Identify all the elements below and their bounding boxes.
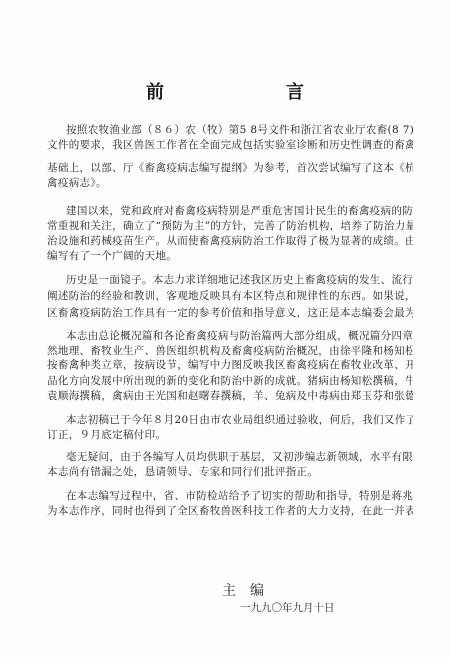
paragraph-5-line-2: 订正，９月底定稿付印。 xyxy=(47,429,413,442)
paragraph-4-line-2: 然地理、畜牧业生产、兽医组织机构及畜禽疫病防治概况，由徐平隆和杨知松撰稿。畜禽疫… xyxy=(47,345,413,358)
paragraph-7-line-1: 在本志编写过程中，省、市防检站给予了切实的帮助和指导，特别是蒋兆光先生热情地 xyxy=(66,490,413,503)
paragraph-2-line-2: 常重视和关注，确立了“预防为主”的方针，完善了防治机构，培养了防治力量，发展了防 xyxy=(47,220,413,233)
signature-date: 一九九〇年九月十日 xyxy=(240,600,335,615)
paragraph-5-line-1: 本志初稿已于今年８月20日由市农业局组织通过验收，何后，我们又作了进一步修改与 xyxy=(66,414,413,427)
paragraph-6-line-1: 毫无疑问，由于各编写人员均供职于基层，又初涉编志新领域，水平有限，经验不足。 xyxy=(66,451,413,464)
paragraph-3-line-2: 阐述防治的经验和教训，客观地反映具有本区特点和规律性的东西。如果说，本志对今后我 xyxy=(47,290,413,303)
signature-editor-in-chief: 主编 xyxy=(222,580,278,600)
paragraph-4-line-3: 按畜禽种类立章，按病设节，编写中力图反映我区畜禽疫病在畜牧业改革、开放，向集约化… xyxy=(47,359,413,372)
scanned-document-page: 前 言 按照农牧渔业部（８６）农（牧）第5 8号文件和浙江省农业厅农畜(8 7)… xyxy=(0,0,450,657)
paragraph-4-line-5: 袁顺海撰稿，禽病由王光国和赵曙春撰稿，羊、兔病及中毒病由郑玉芬和张德泉撰稿。 xyxy=(47,390,413,403)
paragraph-6-line-2: 本志尚有错漏之处，恳请领导、专家和同行们批评指正。 xyxy=(47,466,413,479)
paragraph-2-line-1: 建国以来，党和政府对畜禽疫病特别是严重危害国计民生的畜禽疫病的防治工作一直非 xyxy=(66,205,413,218)
paragraph-4-line-4: 品化方向发展中所出现的新的变化和防治中新的成就。猪病由杨知松撰稿，牛病由汪森富和 xyxy=(47,375,413,388)
paragraph-1-line-4: 禽疫病志》。 xyxy=(47,177,413,190)
page-title: 前 言 xyxy=(0,78,450,104)
paragraph-2-line-4: 编写有了一个广阔的天地。 xyxy=(47,250,413,263)
paragraph-2-line-3: 治设施和药械疫苗生产。从而使畜禽疫病防治工作取得了极为显著的成绩。由此也使本志的 xyxy=(47,235,413,248)
paragraph-1-line-3: 基础上，以部、厅《畜禽疫病志编写提纲》为参考，首次尝试编写了这本《杭州市西湖区畜 xyxy=(47,162,413,175)
paragraph-3-line-3: 区畜禽疫病防治工作具有一定的参考价值和指导意义，这正是本志编委会最为欣慰的心愿了… xyxy=(47,307,413,320)
paragraph-3-line-1: 历史是一面镜子。本志力求详细地记述我区历史上畜禽疫病的发生、流行面貌，真实地 xyxy=(66,274,413,287)
paragraph-1-line-1: 按照农牧渔业部（８６）农（牧）第5 8号文件和浙江省农业厅农畜(8 7)第Ｉ１９… xyxy=(66,124,413,137)
paragraph-4-line-1: 本志由总论概况篇和各论畜禽疫病与防治篇两大部分组成，概况篇分四章，简述了本区自 xyxy=(66,330,413,343)
paragraph-7-line-2: 为本志作序，同时也得到了全区畜牧兽医科技工作者的大力支持，在此一并表示感谢。 xyxy=(47,505,413,518)
paragraph-1-line-2: 文件的要求，我区兽医工作者在全面完成包括实验室诊断和历史性调查的畜禽疫病普查工作 xyxy=(47,139,413,152)
